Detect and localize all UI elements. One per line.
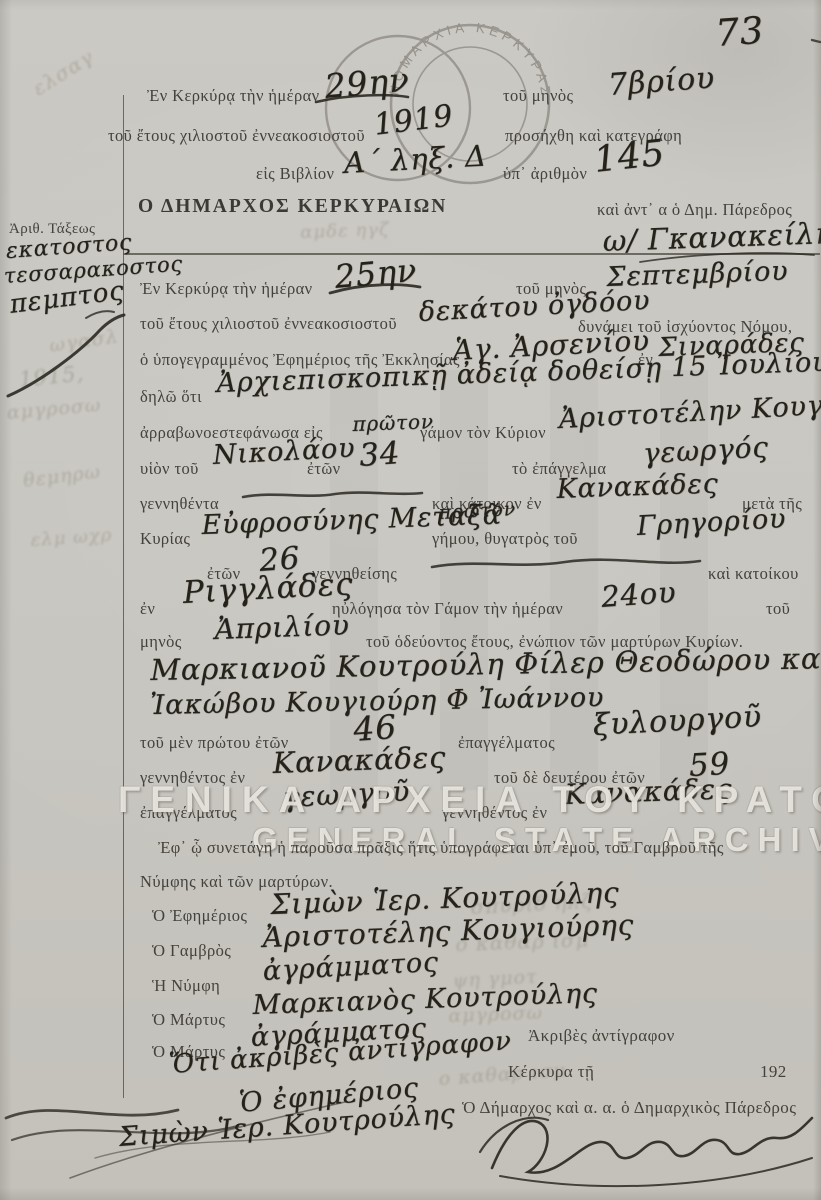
bleed-through-ghost: 1915, bbox=[18, 361, 85, 392]
act-l12b: ἐπαγγέλματος bbox=[458, 733, 555, 753]
mayor-title: Ο ΔΗΜΑΡΧΟΣ ΚΕΡΚΥΡΑΙΩΝ bbox=[138, 196, 447, 218]
act-l10b: ηὐλόγησα τὸν Γάμον τὴν ἡμέραν bbox=[332, 599, 563, 619]
act-day: 25ην bbox=[333, 251, 419, 296]
act-witness1-birthplace: Κανακάδες bbox=[272, 740, 447, 780]
registration-prefix-number: ὑπ᾽ ἀριθμὸν bbox=[503, 164, 587, 184]
act-witnesses-line1: Μαρκιανοῦ Κουτρούλη Φίλερ Θεοδώρου καὶ bbox=[150, 641, 821, 687]
registration-book: Α΄ ληξ. Δ bbox=[343, 139, 488, 180]
registration-month: 7βρίου bbox=[607, 61, 716, 103]
act-bride-father: Γρηγορίου bbox=[636, 503, 787, 542]
act-l4a: δηλῶ ὅτι bbox=[140, 387, 202, 407]
witness1-signature-label: Ὁ Μάρτυς bbox=[152, 1010, 225, 1030]
act-l5b: γάμον τὸν Κύριον bbox=[420, 423, 546, 443]
certification-mayor-line: Ὁ Δήμαρχος καὶ α. α. ὁ Δημαρχικὸς Πάρεδρ… bbox=[462, 1098, 796, 1118]
act-closing1: Ἐφ᾽ ᾧ συνετάγη ἡ παροῦσα πρᾶξις ἥτις ὑπο… bbox=[158, 838, 724, 858]
act-l10c: τοῦ bbox=[766, 599, 790, 619]
deputy-title: καὶ ἀντ᾽ α ὁ Δημ. Πάρεδρος bbox=[597, 200, 792, 220]
bleed-through-ghost: αμδε ηγζ bbox=[300, 219, 390, 243]
bleed-through-ghost: θεμηρω bbox=[22, 460, 102, 491]
registration-prefix-day: Ἐν Κερκύρᾳ τὴν ἡμέραν bbox=[147, 86, 319, 106]
registration-number: 145 bbox=[592, 133, 667, 181]
folio-number: 73 bbox=[714, 9, 766, 55]
act-l1a: Ἐν Κερκύρᾳ τὴν ἡμέραν bbox=[140, 279, 312, 299]
priest-signature-label: Ὁ Ἐφημέριος bbox=[152, 906, 247, 926]
act-witness1-profession: ξυλουργοῦ bbox=[592, 699, 763, 743]
document-page: 73 ελσαγ ωγασλ 1915, αμγροσω θεμηρω ελμ … bbox=[0, 0, 821, 1200]
registration-year: 1919 bbox=[372, 98, 455, 142]
bleed-through-ghost: ελμ ωχρ bbox=[30, 524, 113, 551]
act-groom-residence: Κανακάδες bbox=[556, 468, 719, 505]
act-bride-residence: Ριγγλάδες bbox=[182, 566, 354, 611]
deputy-signature: ω/ Γκανακείλης bbox=[602, 215, 821, 258]
archive-watermark-line1: ΓΕΝΙΚΑ ΑΡΧΕΙΑ ΤΟΥ ΚΡΑΤΟΥΣ bbox=[118, 779, 821, 821]
certification-year-partial: 192 bbox=[760, 1062, 787, 1082]
act-groom-age: 34 bbox=[358, 435, 401, 474]
certification-place: Κέρκυρα τῇ bbox=[508, 1062, 594, 1082]
act-wedding-month: Ἀπριλίου bbox=[214, 608, 350, 646]
act-groom: Ἀριστοτέλην Κουγιούρη bbox=[558, 386, 821, 435]
act-l12a: τοῦ μὲν πρώτου ἐτῶν bbox=[140, 733, 289, 753]
bleed-through-ghost: αμγροσω bbox=[6, 394, 102, 424]
act-l11a: μηνὸς bbox=[140, 632, 182, 652]
registration-prefix-month: τοῦ μηνὸς bbox=[503, 86, 574, 106]
act-l10a: ἐν bbox=[140, 599, 155, 619]
bleed-through-ghost: ωγασλ bbox=[48, 325, 120, 356]
exact-copy-label: Ἀκριβὲς ἀντίγραφον bbox=[528, 1026, 675, 1046]
act-l2a: τοῦ ἔτους χιλιοστοῦ ἐννεακοσιοστοῦ bbox=[140, 314, 397, 334]
act-l8b: γήμου, θυγατρὸς τοῦ bbox=[432, 529, 578, 549]
registration-day: 29ην bbox=[323, 60, 411, 106]
act-l9c: καὶ κατοίκου bbox=[708, 564, 799, 584]
act-bride-marriage-order: πρῶτον bbox=[438, 498, 516, 524]
registration-prefix-year: τοῦ ἔτους χιλιοστοῦ ἐννεακοσιοστοῦ bbox=[108, 126, 365, 146]
groom-signature-label: Ὁ Γαμβρὸς bbox=[152, 941, 231, 961]
act-l8a: Κυρίας bbox=[140, 529, 190, 549]
act-wedding-day: 24ου bbox=[600, 575, 677, 614]
act-groom-profession: γεωργός bbox=[642, 430, 769, 470]
act-l6b: ἐτῶν bbox=[307, 459, 340, 479]
act-l6a: υἱὸν τοῦ bbox=[140, 459, 199, 479]
bride-signature-label: Ἡ Νύμφη bbox=[152, 976, 220, 996]
registration-prefix-book: εἰς Βιβλίον bbox=[256, 164, 334, 184]
bleed-through-ghost: ελσαγ bbox=[28, 44, 98, 100]
